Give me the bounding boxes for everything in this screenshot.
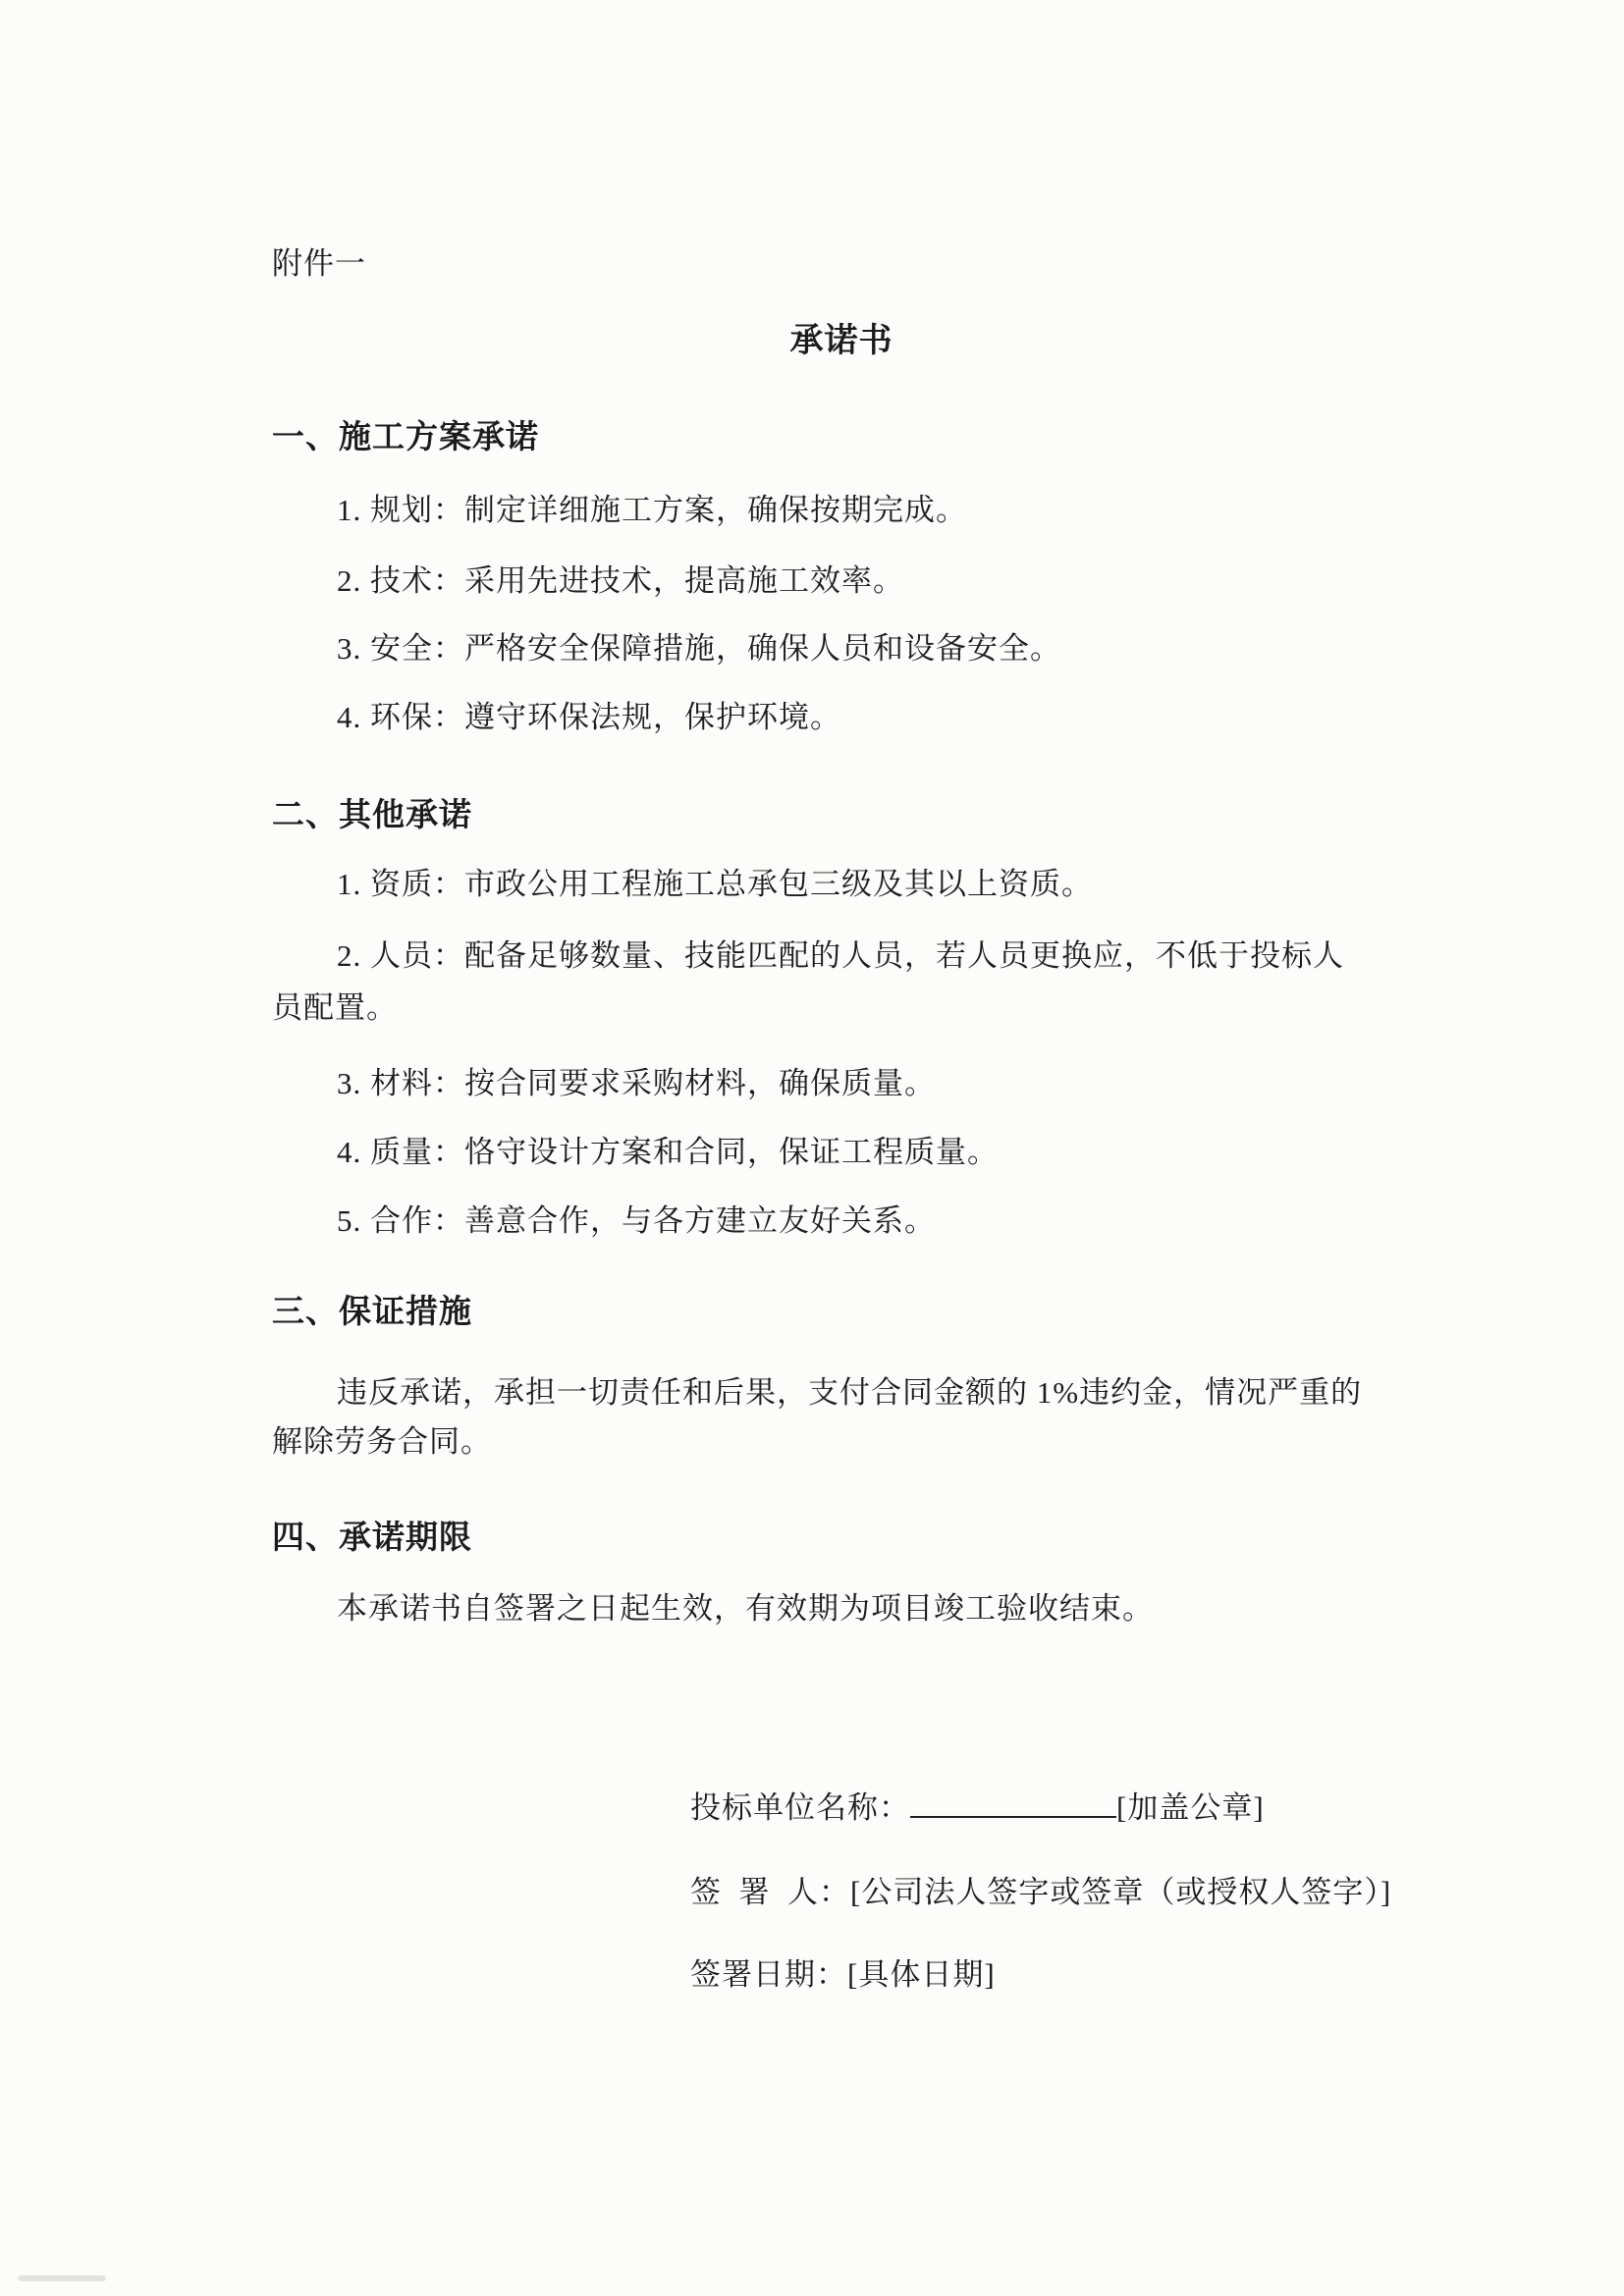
paragraph-line: 解除劳务合同。 [272,1423,492,1462]
section-heading-1: 一、施工方案承诺 [272,418,539,458]
company-name-blank-line [910,1783,1116,1818]
signer-placeholder: [公司法人签字或签章（或授权人签字）] [850,1875,1391,1909]
section-heading-2: 二、其他承诺 [272,796,472,836]
scanned-document-page: 附件一 承诺书 一、施工方案承诺 1. 规划：制定详细施工方案，确保按期完成。 … [0,0,1624,2296]
date-label: 签署日期： [690,1957,847,1992]
list-item-continuation: 员配置。 [272,989,398,1028]
signature-date-row: 签署日期：[具体日期] [656,1918,996,2032]
list-item: 3. 安全：严格安全保障措施，确保人员和设备安全。 [337,630,1061,668]
list-item: 1. 规划：制定详细施工方案，确保按期完成。 [337,492,967,530]
list-item: 2. 人员：配备足够数量、技能匹配的人员，若人员更换应，不低于投标人 [337,937,1344,976]
list-item: 1. 资质：市政公用工程施工总承包三级及其以上资质。 [337,866,1093,904]
stamp-note: [加盖公章] [1116,1790,1265,1825]
document-title: 承诺书 [0,321,1624,363]
section-heading-4: 四、承诺期限 [272,1519,472,1559]
list-item: 2. 技术：采用先进技术，提高施工效率。 [337,562,904,601]
company-name-label: 投标单位名称： [690,1790,910,1825]
scan-artifact [18,2275,106,2281]
paragraph-line: 违反承诺，承担一切责任和后果，支付合同金额的 1%违约金，情况严重的 [337,1374,1362,1413]
list-item: 3. 材料：按合同要求采购材料，确保质量。 [337,1065,936,1103]
list-item: 4. 质量：恪守设计方案和合同，保证工程质量。 [337,1134,999,1172]
signer-label: 签 署 人： [690,1875,850,1909]
list-item: 5. 合作：善意合作，与各方建立友好关系。 [337,1202,936,1241]
section-heading-3: 三、保证措施 [272,1293,472,1333]
date-placeholder: [具体日期] [847,1957,996,1992]
list-item: 4. 环保：遵守环保法规，保护环境。 [337,699,841,737]
attachment-label: 附件一 [272,245,366,284]
paragraph-line: 本承诺书自签署之日起生效，有效期为项目竣工验收结束。 [337,1590,1154,1629]
